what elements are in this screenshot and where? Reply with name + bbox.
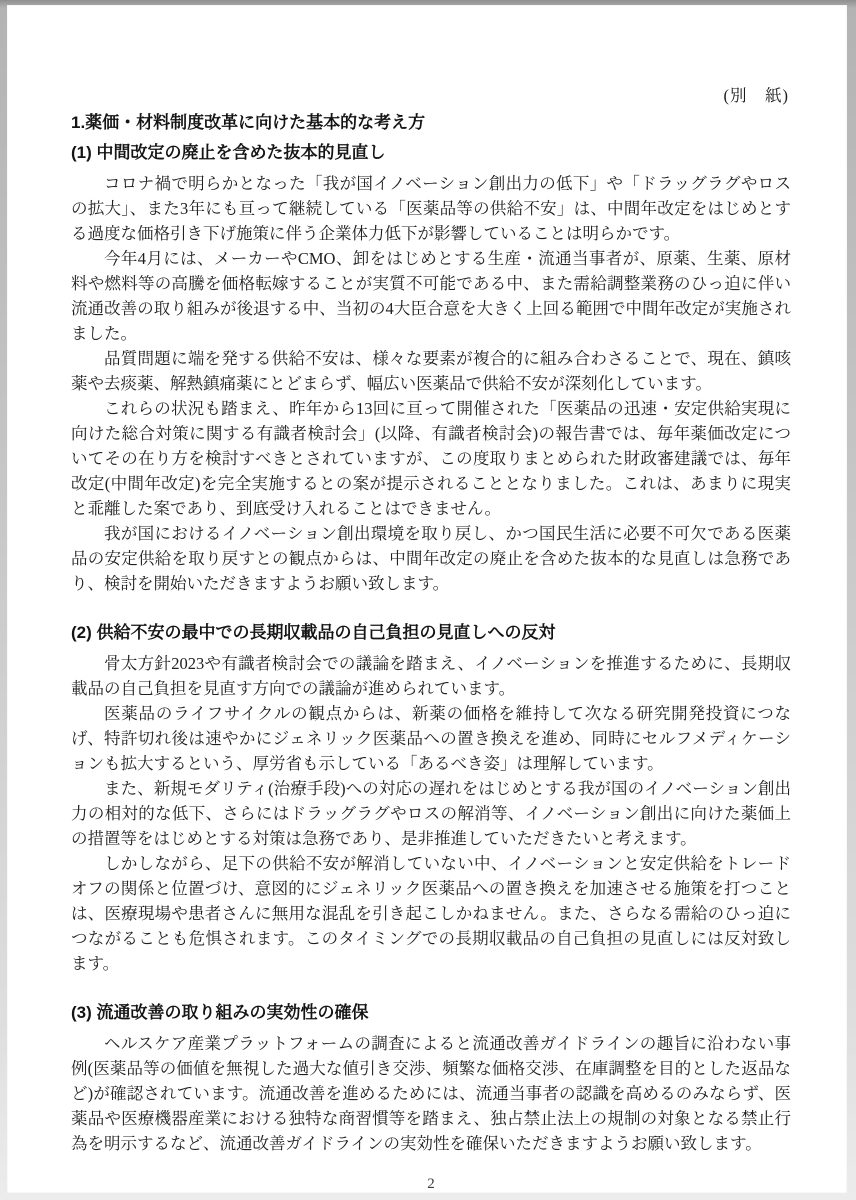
photo-background: (別 紙) 1.薬価・材料制度改革に向けた基本的な考え方 (1) 中間改定の廃止… [0, 0, 856, 1200]
attachment-label: (別 紙) [71, 83, 789, 108]
paragraph: コロナ禍で明らかとなった「我が国イノベーション創出力の低下」や「ドラッグラグやロ… [71, 171, 791, 246]
section-long-listed-products: (2) 供給不安の最中での長期収載品の自己負担の見直しへの反対 骨太方針2023… [71, 620, 791, 976]
document-page: (別 紙) 1.薬価・材料制度改革に向けた基本的な考え方 (1) 中間改定の廃止… [7, 5, 847, 1193]
section-2-heading: (2) 供給不安の最中での長期収載品の自己負担の見直しへの反対 [71, 620, 791, 646]
section-distribution-improvement: (3) 流通改善の取り組みの実効性の確保 ヘルスケア産業プラットフォームの調査に… [71, 1000, 791, 1156]
section-3-heading: (3) 流通改善の取り組みの実効性の確保 [71, 1000, 791, 1026]
section-1-heading: (1) 中間改定の廃止を含めた抜本的見直し [71, 140, 791, 166]
paragraph: 医薬品のライフサイクルの観点からは、新薬の価格を維持して次なる研究開発投資につな… [71, 701, 791, 776]
paragraph: ヘルスケア産業プラットフォームの調査によると流通改善ガイドラインの趣旨に沿わない… [71, 1031, 791, 1156]
paragraph: 我が国におけるイノベーション創出環境を取り戻し、かつ国民生活に必要不可欠である医… [71, 521, 791, 596]
section-interim-revision: (1) 中間改定の廃止を含めた抜本的見直し コロナ禍で明らかとなった「我が国イノ… [71, 140, 791, 596]
page-number: 2 [71, 1176, 791, 1193]
paragraph: また、新規モダリティ(治療手段)への対応の遅れをはじめとする我が国のイノベーショ… [71, 776, 791, 851]
paragraph: 今年4月には、メーカーやCMO、卸をはじめとする生産・流通当事者が、原薬、生薬、… [71, 246, 791, 346]
document-title: 1.薬価・材料制度改革に向けた基本的な考え方 [71, 110, 791, 136]
paragraph: しかしながら、足下の供給不安が解消していない中、イノベーションと安定供給をトレー… [71, 851, 791, 976]
paragraph: これらの状況も踏まえ、昨年から13回に亘って開催された「医薬品の迅速・安定供給実… [71, 396, 791, 521]
paragraph: 品質問題に端を発する供給不安は、様々な要素が複合的に組み合わさることで、現在、鎮… [71, 346, 791, 396]
paragraph: 骨太方針2023や有識者検討会での議論を踏まえ、イノベーションを推進するために、… [71, 651, 791, 701]
